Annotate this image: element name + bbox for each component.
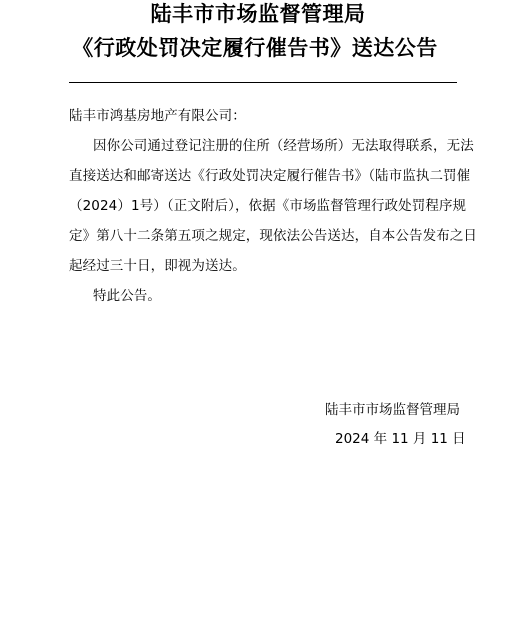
paragraph-line-2: 直接送达和邮寄送达《行政处罚决定履行催告书》（陆市监执二罚催 [69, 167, 470, 185]
paragraph-line-5: 起经过三十日，即视为送达。 [69, 257, 246, 275]
signature-date: 2024 年 11 月 11 日 [335, 430, 466, 448]
closing-statement: 特此公告。 [93, 287, 161, 305]
title-divider [69, 82, 457, 83]
notice-title: 《行政处罚决定履行催告书》送达公告 [0, 35, 513, 61]
paragraph-line-3: （2024）1号）（正文附后），依据《市场监督管理行政处罚程序规 [69, 197, 466, 215]
paragraph-line-4: 定》第八十二条第五项之规定，现依法公告送达，自本公告发布之日 [69, 227, 477, 245]
paragraph-line-1: 因你公司通过登记注册的住所（经营场所）无法取得联系，无法 [93, 137, 474, 155]
issuer-title: 陆丰市市场监督管理局 [0, 1, 516, 27]
signature-issuer: 陆丰市市场监督管理局 [325, 401, 460, 419]
addressee: 陆丰市鸿基房地产有限公司： [69, 107, 246, 125]
